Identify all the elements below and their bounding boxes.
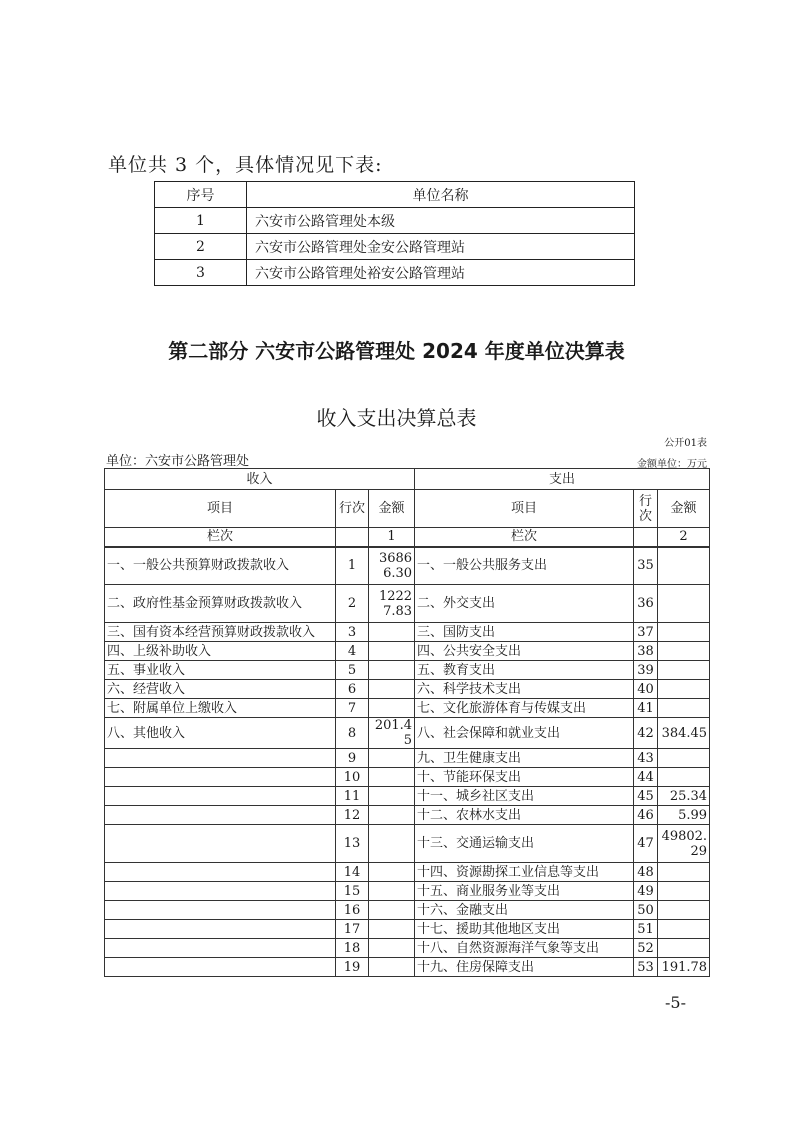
intro-text: 单位共 3 个，具体情况见下表: [108, 150, 383, 177]
income-item: 七、附属单位上缴收入 [105, 699, 336, 718]
table-row: 3 六安市公路管理处裕安公路管理站 [155, 260, 635, 286]
expense-amount [658, 882, 710, 901]
income-amount: 36866.30 [369, 547, 415, 585]
income-line-number: 3 [336, 623, 369, 642]
part-title: 第二部分 六安市公路管理处 2024 年度单位决算表 [0, 335, 793, 364]
table-row: 13十三、交通运输支出4749802.29 [105, 825, 710, 863]
expense-amount: 5.99 [658, 806, 710, 825]
expense-item: 十七、援助其他地区支出 [415, 920, 634, 939]
income-amount [369, 920, 415, 939]
expense-item: 九、卫生健康支出 [415, 749, 634, 768]
income-item [105, 768, 336, 787]
expense-line-number: 41 [634, 699, 658, 718]
income-line-number: 4 [336, 642, 369, 661]
income-amount: 12227.83 [369, 585, 415, 623]
income-line-number: 17 [336, 920, 369, 939]
expense-line-number: 43 [634, 749, 658, 768]
income-amount-header: 金额 [369, 490, 415, 528]
income-item [105, 901, 336, 920]
income-amount [369, 642, 415, 661]
income-item [105, 749, 336, 768]
expense-line-number: 52 [634, 939, 658, 958]
income-line-number: 10 [336, 768, 369, 787]
table-row: 四、上级补助收入4四、公共安全支出38 [105, 642, 710, 661]
expense-amount [658, 585, 710, 623]
expense-item: 八、社会保障和就业支出 [415, 718, 634, 749]
income-amount [369, 939, 415, 958]
expense-amount: 384.45 [658, 718, 710, 749]
income-line-number: 1 [336, 547, 369, 585]
income-line-number: 7 [336, 699, 369, 718]
table-row: 六、经营收入6六、科学技术支出40 [105, 680, 710, 699]
table-row: 三、国有资本经营预算财政拨款收入3三、国防支出37 [105, 623, 710, 642]
lanci-row: 栏次 1 栏次 2 [105, 528, 710, 547]
table-row: 9九、卫生健康支出43 [105, 749, 710, 768]
income-line-number: 13 [336, 825, 369, 863]
income-item: 五、事业收入 [105, 661, 336, 680]
income-item [105, 882, 336, 901]
expense-item-header: 项目 [415, 490, 634, 528]
expense-amount-header: 金额 [658, 490, 710, 528]
expense-item: 三、国防支出 [415, 623, 634, 642]
income-item [105, 806, 336, 825]
expense-line-number: 53 [634, 958, 658, 977]
expense-amount [658, 699, 710, 718]
unit-name: 六安市公路管理处金安公路管理站 [247, 234, 635, 260]
unit-name: 六安市公路管理处本级 [247, 208, 635, 234]
expense-line-number: 47 [634, 825, 658, 863]
expense-header: 支出 [415, 469, 710, 490]
income-item: 三、国有资本经营预算财政拨款收入 [105, 623, 336, 642]
income-amount [369, 699, 415, 718]
income-amount: 201.45 [369, 718, 415, 749]
income-amount [369, 901, 415, 920]
income-line-number: 15 [336, 882, 369, 901]
income-item [105, 787, 336, 806]
income-item: 一、一般公共预算财政拨款收入 [105, 547, 336, 585]
expense-lanci-label: 栏次 [415, 528, 634, 547]
expense-item: 五、教育支出 [415, 661, 634, 680]
expense-item: 十三、交通运输支出 [415, 825, 634, 863]
table-body: 一、一般公共预算财政拨款收入136866.30一、一般公共服务支出35二、政府性… [105, 547, 710, 977]
table-row: 19十九、住房保障支出53191.78 [105, 958, 710, 977]
table-row: 八、其他收入8201.45八、社会保障和就业支出42384.45 [105, 718, 710, 749]
expense-line-number: 46 [634, 806, 658, 825]
expense-amount [658, 768, 710, 787]
income-amount [369, 749, 415, 768]
income-column-number: 1 [369, 528, 415, 547]
expense-item: 四、公共安全支出 [415, 642, 634, 661]
table-row: 14十四、资源勘探工业信息等支出48 [105, 863, 710, 882]
units-table-header: 序号 单位名称 [155, 182, 635, 208]
income-line-number: 18 [336, 939, 369, 958]
income-item [105, 939, 336, 958]
expense-amount [658, 547, 710, 585]
expense-amount [658, 680, 710, 699]
income-amount [369, 825, 415, 863]
income-line-number: 9 [336, 749, 369, 768]
income-item [105, 863, 336, 882]
table-row: 15十五、商业服务业等支出49 [105, 882, 710, 901]
empty-cell [336, 528, 369, 547]
income-line-number: 16 [336, 901, 369, 920]
income-line-number: 12 [336, 806, 369, 825]
income-amount [369, 661, 415, 680]
income-header: 收入 [105, 469, 415, 490]
header-unit-name: 单位名称 [247, 182, 635, 208]
expense-amount [658, 939, 710, 958]
header-seq: 序号 [155, 182, 247, 208]
unit-no: 1 [155, 208, 247, 234]
expense-line-number: 38 [634, 642, 658, 661]
expense-amount [658, 920, 710, 939]
income-item [105, 958, 336, 977]
expense-amount [658, 863, 710, 882]
expense-line-number: 37 [634, 623, 658, 642]
expense-line-number: 36 [634, 585, 658, 623]
expense-item: 十五、商业服务业等支出 [415, 882, 634, 901]
income-line-number: 11 [336, 787, 369, 806]
table-title: 收入支出决算总表 [0, 402, 793, 431]
expense-item: 十九、住房保障支出 [415, 958, 634, 977]
expense-item: 七、文化旅游体育与传媒支出 [415, 699, 634, 718]
income-item: 八、其他收入 [105, 718, 336, 749]
income-item: 二、政府性基金预算财政拨款收入 [105, 585, 336, 623]
income-amount [369, 882, 415, 901]
income-item: 四、上级补助收入 [105, 642, 336, 661]
table-row: 18十八、自然资源海洋气象等支出52 [105, 939, 710, 958]
income-amount [369, 623, 415, 642]
expense-amount [658, 623, 710, 642]
expense-column-number: 2 [658, 528, 710, 547]
expense-amount [658, 661, 710, 680]
expense-item: 十八、自然资源海洋气象等支出 [415, 939, 634, 958]
unit-no: 2 [155, 234, 247, 260]
income-amount [369, 958, 415, 977]
table-row: 10十、节能环保支出44 [105, 768, 710, 787]
unit-no: 3 [155, 260, 247, 286]
table-row: 17十七、援助其他地区支出51 [105, 920, 710, 939]
expense-amount [658, 749, 710, 768]
empty-cell [634, 528, 658, 547]
expense-item: 十一、城乡社区支出 [415, 787, 634, 806]
expense-line-number: 39 [634, 661, 658, 680]
income-item-header: 项目 [105, 490, 336, 528]
expense-line-number: 50 [634, 901, 658, 920]
income-expense-table: 收入 支出 项目 行次 金额 项目 行次 金额 栏次 1 栏次 2 一、一般公共… [104, 468, 710, 977]
income-line-number: 14 [336, 863, 369, 882]
income-line-number: 6 [336, 680, 369, 699]
income-amount [369, 806, 415, 825]
expense-amount [658, 901, 710, 920]
income-line-number: 5 [336, 661, 369, 680]
expense-item: 二、外交支出 [415, 585, 634, 623]
income-item [105, 920, 336, 939]
income-line-number: 8 [336, 718, 369, 749]
expense-item: 六、科学技术支出 [415, 680, 634, 699]
expense-item: 十四、资源勘探工业信息等支出 [415, 863, 634, 882]
expense-line-number: 45 [634, 787, 658, 806]
table-row: 五、事业收入5五、教育支出39 [105, 661, 710, 680]
income-line-header: 行次 [336, 490, 369, 528]
table-row: 1 六安市公路管理处本级 [155, 208, 635, 234]
expense-item: 十、节能环保支出 [415, 768, 634, 787]
income-item [105, 825, 336, 863]
expense-line-header: 行次 [634, 490, 658, 528]
expense-line-number: 48 [634, 863, 658, 882]
income-line-number: 19 [336, 958, 369, 977]
expense-amount [658, 642, 710, 661]
units-table: 序号 单位名称 1 六安市公路管理处本级 2 六安市公路管理处金安公路管理站 3… [154, 181, 635, 286]
table-row: 12十二、农林水支出465.99 [105, 806, 710, 825]
expense-amount: 25.34 [658, 787, 710, 806]
expense-amount: 49802.29 [658, 825, 710, 863]
income-lanci-label: 栏次 [105, 528, 336, 547]
table-row: 一、一般公共预算财政拨款收入136866.30一、一般公共服务支出35 [105, 547, 710, 585]
table-row: 2 六安市公路管理处金安公路管理站 [155, 234, 635, 260]
page-number: -5- [665, 993, 686, 1012]
expense-line-number: 35 [634, 547, 658, 585]
income-amount [369, 863, 415, 882]
income-amount [369, 768, 415, 787]
expense-item: 一、一般公共服务支出 [415, 547, 634, 585]
expense-line-number: 42 [634, 718, 658, 749]
unit-label: 单位：六安市公路管理处 [106, 450, 249, 469]
income-amount [369, 680, 415, 699]
expense-line-number: 51 [634, 920, 658, 939]
expense-amount: 191.78 [658, 958, 710, 977]
column-header-row: 项目 行次 金额 项目 行次 金额 [105, 490, 710, 528]
expense-line-number: 49 [634, 882, 658, 901]
expense-item: 十六、金融支出 [415, 901, 634, 920]
income-item: 六、经营收入 [105, 680, 336, 699]
form-number: 公开01表 [664, 434, 707, 449]
table-row: 二、政府性基金预算财政拨款收入212227.83二、外交支出36 [105, 585, 710, 623]
expense-line-number: 40 [634, 680, 658, 699]
table-row: 16十六、金融支出50 [105, 901, 710, 920]
expense-item: 十二、农林水支出 [415, 806, 634, 825]
income-amount [369, 787, 415, 806]
income-line-number: 2 [336, 585, 369, 623]
table-row: 七、附属单位上缴收入7七、文化旅游体育与传媒支出41 [105, 699, 710, 718]
section-header-row: 收入 支出 [105, 469, 710, 490]
expense-line-number: 44 [634, 768, 658, 787]
table-row: 11十一、城乡社区支出4525.34 [105, 787, 710, 806]
unit-name: 六安市公路管理处裕安公路管理站 [247, 260, 635, 286]
